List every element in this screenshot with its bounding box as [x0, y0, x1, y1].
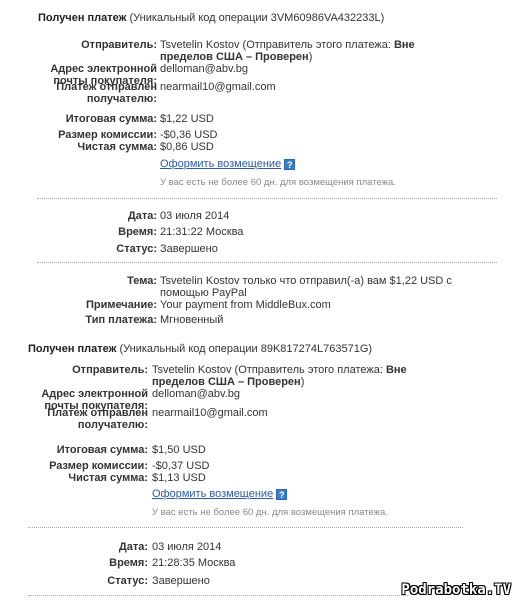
status-label: Статус: [60, 243, 157, 255]
net-label: Чистая сумма: [20, 141, 157, 153]
status-value: Завершено [160, 243, 218, 255]
help-icon[interactable]: ? [276, 489, 287, 500]
time-value: 21:28:35 Москва [152, 557, 235, 569]
time-label: Время: [60, 226, 157, 238]
sender-close: ) [301, 376, 305, 388]
divider [37, 262, 497, 263]
recipient-email: nearmail10@gmail.com [152, 407, 268, 419]
divider [28, 527, 463, 528]
buyer-email: delloman@abv.bg [152, 388, 240, 400]
refund-row: Оформить возмещение? [160, 158, 295, 170]
subject-label: Тема: [60, 275, 157, 287]
payment-type-label: Тип платежа: [40, 314, 157, 326]
net-amount: $0,86 USD [160, 141, 214, 153]
refund-row: Оформить возмещение? [152, 488, 287, 500]
note-label: Примечание: [40, 299, 157, 311]
date-value: 03 июля 2014 [160, 210, 229, 222]
date-label: Дата: [50, 541, 148, 553]
sender-close: ) [309, 51, 313, 63]
total-amount: $1,22 USD [160, 113, 214, 125]
sender-name: Tsvetelin Kostov (Отправитель этого плат… [160, 39, 394, 51]
sender-label: Отправитель: [30, 364, 148, 376]
buyer-email: delloman@abv.bg [160, 63, 248, 75]
sender-value: Tsvetelin Kostov (Отправитель этого плат… [160, 39, 470, 63]
payment-type-value: Мгновенный [160, 314, 223, 326]
transaction-id: (Уникальный код операции 89K817274L76357… [116, 343, 372, 355]
payment-heading: Получен платеж (Уникальный код операции … [38, 12, 384, 24]
date-label: Дата: [60, 210, 157, 222]
fee-amount: -$0,37 USD [152, 460, 209, 472]
fee-label: Размер комиссии: [10, 460, 148, 472]
sender-value: Tsvetelin Kostov (Отправитель этого плат… [152, 364, 462, 388]
recipient-email: nearmail10@gmail.com [160, 81, 276, 93]
net-label: Чистая сумма: [10, 472, 148, 484]
refund-note: У вас есть не более 60 дн. для возмещени… [160, 177, 396, 188]
payment-heading: Получен платеж (Уникальный код операции … [28, 343, 372, 355]
fee-amount: -$0,36 USD [160, 129, 217, 141]
refund-link[interactable]: Оформить возмещение [160, 158, 281, 170]
note-value: Your payment from MiddleBux.com [160, 299, 331, 311]
net-amount: $1,13 USD [152, 472, 206, 484]
recipient-label: Платеж отправлен получателю: [30, 407, 148, 431]
transaction-id: (Уникальный код операции 3VM60986VA43223… [126, 12, 384, 24]
heading-title: Получен платеж [28, 343, 116, 355]
time-label: Время: [50, 557, 148, 569]
sender-name: Tsvetelin Kostov (Отправитель этого плат… [152, 364, 386, 376]
divider [28, 595, 408, 596]
watermark-logo: Podrabotka.TV [401, 582, 511, 598]
help-icon[interactable]: ? [284, 159, 295, 170]
refund-link[interactable]: Оформить возмещение [152, 488, 273, 500]
sender-label: Отправитель: [40, 39, 157, 51]
total-amount: $1,50 USD [152, 444, 206, 456]
status-label: Статус: [50, 575, 148, 587]
total-label: Итоговая сумма: [10, 444, 148, 456]
divider [37, 198, 497, 199]
time-value: 21:31:22 Москва [160, 226, 243, 238]
total-label: Итоговая сумма: [20, 113, 157, 125]
recipient-label: Платеж отправлен получателю: [40, 81, 157, 105]
subject-value: Tsvetelin Kostov только что отправил(-а)… [160, 275, 460, 299]
heading-title: Получен платеж [38, 12, 126, 24]
fee-label: Размер комиссии: [20, 129, 157, 141]
date-value: 03 июля 2014 [152, 541, 221, 553]
status-value: Завершено [152, 575, 210, 587]
refund-note: У вас есть не более 60 дн. для возмещени… [152, 507, 388, 518]
